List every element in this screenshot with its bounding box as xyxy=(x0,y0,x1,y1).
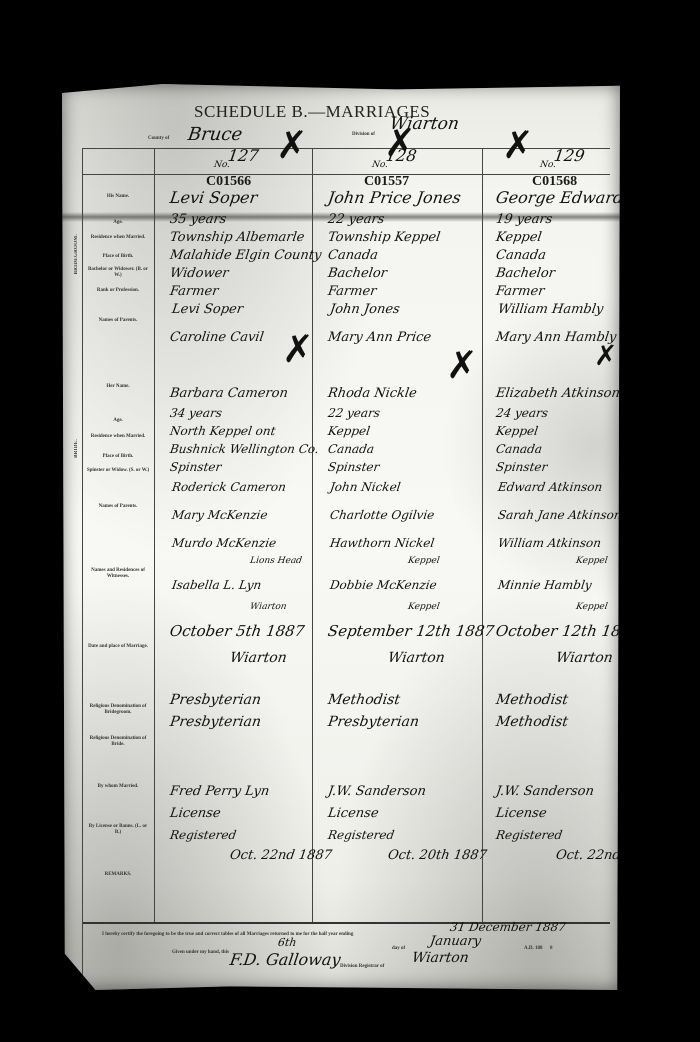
label-age-groom: Age. xyxy=(86,220,150,226)
bride-residence: Keppel xyxy=(495,424,539,438)
bride-name: Barbara Cameron xyxy=(169,386,289,401)
married-by: J.W. Sanderson xyxy=(327,784,427,799)
remarks-date: Oct. 22nd 1887 xyxy=(555,848,659,863)
registrar-label: Division Registrar of xyxy=(340,964,384,969)
label-birthplace-bride: Place of Birth. xyxy=(86,454,150,460)
groom-birthplace: Canada xyxy=(495,248,547,263)
groom-father: John Jones xyxy=(329,302,401,317)
certification-period-end: 31 December 1887 xyxy=(449,920,567,934)
label-her-name: Her Name. xyxy=(86,384,150,390)
groom-religion: Methodist xyxy=(495,692,569,708)
bride-father: John Nickel xyxy=(329,480,402,494)
check-x-mark: ✗ xyxy=(502,126,534,164)
witness-1-residence: Keppel xyxy=(575,556,608,566)
remarks-text: Registered xyxy=(495,828,563,842)
groom-name: Levi Soper xyxy=(169,188,259,207)
bride-birthplace: Bushnick Wellington Co. xyxy=(169,442,320,456)
entry-1-column-line xyxy=(312,148,313,922)
label-license-banns: By License or Banns. (L. or B.) xyxy=(86,824,150,836)
groom-residence: Township Albemarle xyxy=(169,230,305,245)
groom-profession: Farmer xyxy=(169,284,219,299)
county-value: Bruce xyxy=(187,124,244,145)
entry-number: 129 xyxy=(553,146,586,165)
entry-number: 128 xyxy=(385,146,418,165)
witness-1-name: William Atkinson xyxy=(497,536,602,550)
marriage-place: Wiarton xyxy=(555,650,614,666)
groom-mother: Mary Ann Price xyxy=(327,330,432,345)
groom-status: Bachelor xyxy=(495,266,556,281)
bride-mother: Charlotte Ogilvie xyxy=(329,508,435,522)
certification-given-label: Given under my hand, this xyxy=(172,950,229,955)
bride-mother: Sarah Jane Atkinson xyxy=(497,508,623,522)
bride-age: 22 years xyxy=(327,406,381,420)
groom-father: William Hambly xyxy=(497,302,604,317)
entry-number: 127 xyxy=(227,146,260,165)
married-by: J.W. Sanderson xyxy=(495,784,595,799)
registrar-of: Wiarton xyxy=(411,950,470,966)
label-residence-bride: Residence when Married. xyxy=(86,434,150,440)
bride-age: 34 years xyxy=(169,406,223,420)
bride-status: Spinster xyxy=(495,460,548,474)
groom-birthplace: Canada xyxy=(327,248,379,263)
marriage-date: October 5th 1887 xyxy=(169,622,306,640)
label-witnesses: Names and Residences of Witnesses. xyxy=(86,568,150,580)
label-married-by: By whom Married. xyxy=(86,784,150,790)
bride-mother: Mary McKenzie xyxy=(171,508,268,522)
groom-age: 35 years xyxy=(169,212,227,227)
groom-residence: Township Keppel xyxy=(327,230,441,245)
remarks-text: Registered xyxy=(327,828,395,842)
register-page: SCHEDULE B.—MARRIAGES County of Bruce Di… xyxy=(62,84,620,990)
groom-status: Bachelor xyxy=(327,266,388,281)
county-label: County of xyxy=(148,136,169,141)
label-rank-profession: Rank or Profession. xyxy=(86,288,150,294)
bride-residence: North Keppel ont xyxy=(169,424,276,438)
bride-birthplace: Canada xyxy=(495,442,543,456)
label-birthplace-groom: Place of Birth. xyxy=(86,254,150,260)
bride-name: Rhoda Nickle xyxy=(327,386,418,401)
label-date-place: Date and place of Marriage. xyxy=(86,644,150,650)
witness-2-name: Dobbie McKenzie xyxy=(329,578,438,592)
groom-profession: Farmer xyxy=(495,284,545,299)
margin-line xyxy=(82,148,83,978)
groom-age: 19 years xyxy=(495,212,553,227)
witness-2-residence: Keppel xyxy=(407,602,440,612)
groom-status: Widower xyxy=(169,266,230,281)
groom-name: John Price Jones xyxy=(327,188,462,207)
groom-age: 22 years xyxy=(327,212,385,227)
certification-year: 8 xyxy=(550,946,553,951)
check-x-mark: ✗ xyxy=(282,330,314,368)
bride-religion: Presbyterian xyxy=(169,714,262,730)
label-remarks: REMARKS. xyxy=(86,872,150,878)
bride-father: Roderick Cameron xyxy=(171,480,287,494)
check-x-mark: ✗ xyxy=(594,342,617,370)
label-his-name: His Name. xyxy=(86,194,150,200)
witness-1-name: Murdo McKenzie xyxy=(171,536,277,550)
witness-2-residence: Wiarton xyxy=(249,602,287,612)
label-spinster-widow: Spinster or Widow. (S. or W.) xyxy=(86,468,150,474)
bride-status: Spinster xyxy=(327,460,380,474)
remarks-date: Oct. 22nd 1887 xyxy=(229,848,333,863)
witness-1-name: Hawthorn Nickel xyxy=(329,536,435,550)
groom-religion: Methodist xyxy=(327,692,401,708)
groom-mother: Caroline Cavil xyxy=(169,330,265,345)
label-religion-groom: Religious Denomination of Bridegroom. xyxy=(86,704,150,716)
label-column-line xyxy=(154,148,155,922)
groom-profession: Farmer xyxy=(327,284,377,299)
certification-year-prefix: A.D. 188 xyxy=(524,946,542,951)
witness-2-name: Minnie Hambly xyxy=(497,578,593,592)
label-bachelor-widower: Bachelor or Widower. (B. or W.) xyxy=(86,267,150,279)
division-label: Division of xyxy=(352,132,375,137)
remarks-text: Registered xyxy=(169,828,237,842)
groom-mother: Mary Ann Hambly xyxy=(495,330,617,345)
label-parents-bride: Names of Parents. xyxy=(86,504,150,510)
license-or-banns: License xyxy=(495,806,548,821)
label-parents-groom: Names of Parents. xyxy=(86,318,150,324)
label-residence-groom: Residence when Married. xyxy=(86,235,150,241)
witness-2-name: Isabella L. Lyn xyxy=(171,578,262,592)
check-x-mark: ✗ xyxy=(446,346,478,384)
certification-day: 6th xyxy=(277,936,297,949)
entry-2-column-line xyxy=(482,148,483,922)
groom-father: Levi Soper xyxy=(171,302,244,317)
label-age-bride: Age. xyxy=(86,418,150,424)
bride-birthplace: Canada xyxy=(327,442,375,456)
bride-side-label: BRIDE. xyxy=(74,439,79,458)
license-or-banns: License xyxy=(327,806,380,821)
bridegroom-side-label: BRIDEGROOM. xyxy=(74,234,79,274)
marriage-date: October 12th 1887 xyxy=(495,622,641,640)
witness-1-residence: Lions Head xyxy=(249,556,302,566)
married-by: Fred Perry Lyn xyxy=(169,784,270,799)
number-rule xyxy=(82,174,610,175)
groom-birthplace: Malahide Elgin County xyxy=(169,248,322,263)
bride-name: Elizabeth Atkinson xyxy=(495,386,621,401)
groom-residence: Keppel xyxy=(495,230,543,245)
witness-1-residence: Keppel xyxy=(407,556,440,566)
registrar-signature: F.D. Galloway xyxy=(229,950,342,969)
certification-day-of-label: day of xyxy=(392,946,405,951)
label-religion-bride: Religious Denomination of Bride. xyxy=(86,736,150,748)
witness-2-residence: Keppel xyxy=(575,602,608,612)
bride-religion: Methodist xyxy=(495,714,569,730)
bride-religion: Presbyterian xyxy=(327,714,420,730)
marriage-place: Wiarton xyxy=(229,650,288,666)
bride-father: Edward Atkinson xyxy=(497,480,603,494)
groom-name: George Edward Hambly xyxy=(495,188,693,207)
marriage-date: September 12th 1887 xyxy=(327,622,496,640)
check-x-mark: ✗ xyxy=(276,126,308,164)
license-or-banns: License xyxy=(169,806,222,821)
bride-residence: Keppel xyxy=(327,424,371,438)
certification-month: January xyxy=(429,934,482,949)
remarks-date: Oct. 20th 1887 xyxy=(387,848,488,863)
bride-status: Spinster xyxy=(169,460,222,474)
certification-line-1: I hereby certify the foregoing to be the… xyxy=(102,932,353,937)
bride-age: 24 years xyxy=(495,406,549,420)
groom-religion: Presbyterian xyxy=(169,692,262,708)
marriage-place: Wiarton xyxy=(387,650,446,666)
